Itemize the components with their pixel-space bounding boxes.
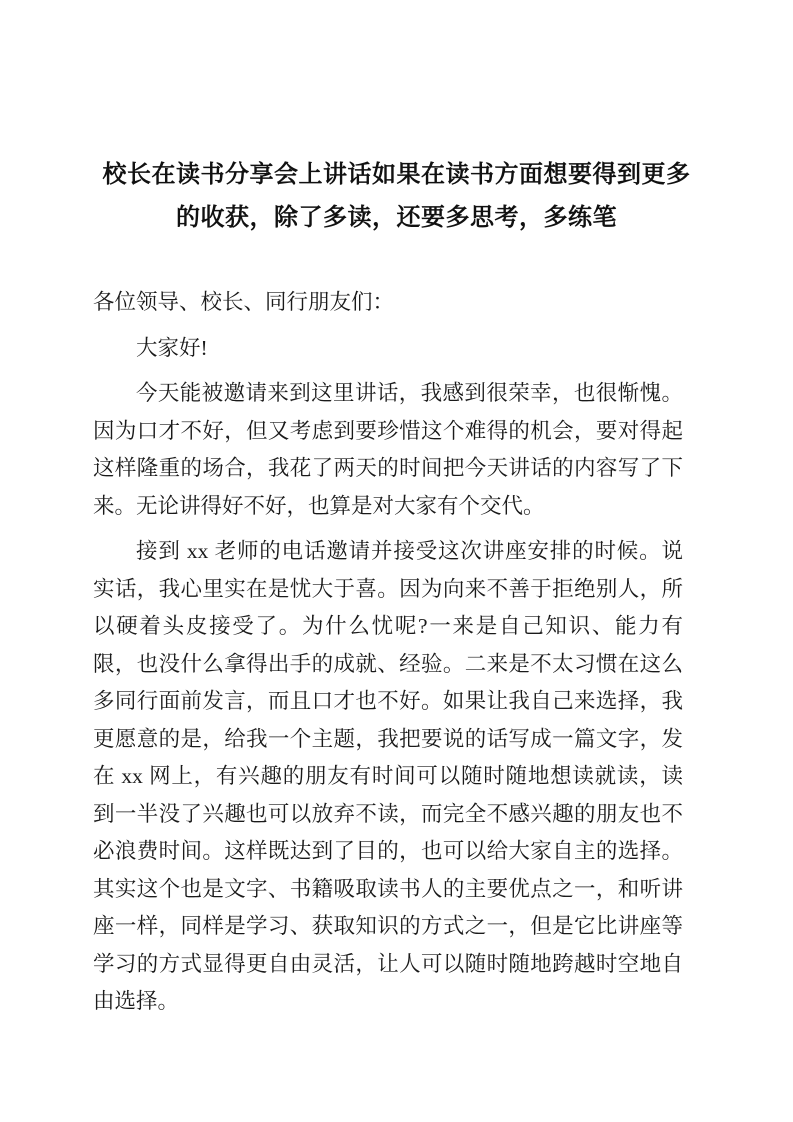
title-line-1: 校长在读书分享会上讲话如果在读书方面想要得到更多: [0, 154, 793, 197]
paragraph-main: 接到 xx 老师的电话邀请并接受这次讲座安排的时候。说实话，我心里实在是忧大于喜…: [93, 533, 683, 1021]
document-body: 各位领导、校长、同行朋友们： 大家好! 今天能被邀请来到这里讲话，我感到很荣幸，…: [0, 284, 793, 1021]
document-page: 校长在读书分享会上讲话如果在读书方面想要得到更多 的收获，除了多读，还要多思考，…: [0, 0, 793, 1122]
paragraph-opening: 今天能被邀请来到这里讲话，我感到很荣幸，也很惭愧。因为口才不好，但又考虑到要珍惜…: [93, 375, 683, 525]
salutation-line: 各位领导、校长、同行朋友们：: [93, 284, 683, 322]
paragraph-greeting: 大家好!: [93, 330, 683, 368]
document-title: 校长在读书分享会上讲话如果在读书方面想要得到更多 的收获，除了多读，还要多思考，…: [0, 0, 793, 240]
title-line-2: 的收获，除了多读，还要多思考，多练笔: [0, 197, 793, 240]
